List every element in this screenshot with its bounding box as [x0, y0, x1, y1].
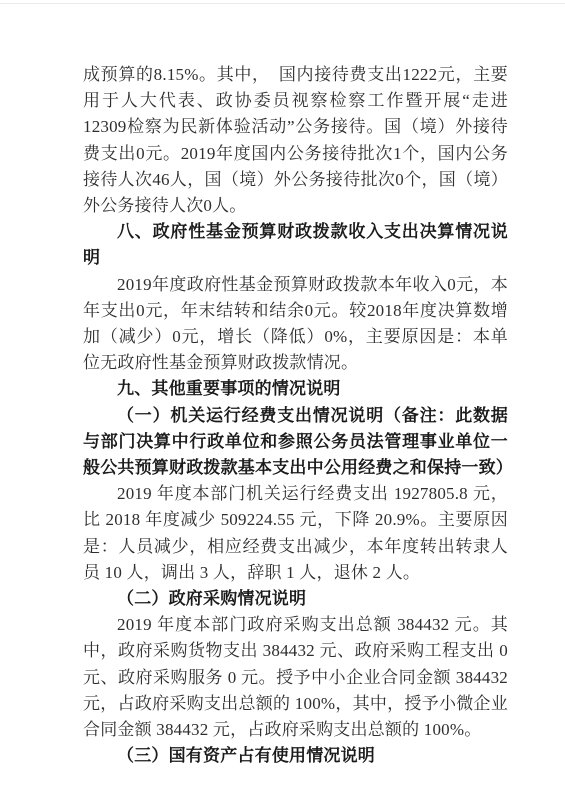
document-content: 成预算的8.15%。其中， 国内接待费支出1222元，主要用于人大代表、政协委员… [83, 62, 508, 769]
paragraph-official-reception: 成预算的8.15%。其中， 国内接待费支出1222元，主要用于人大代表、政协委员… [83, 62, 508, 219]
paragraph-gov-procurement: 2019 年度本部门政府采购支出总额 384432 元。其中，政府采购货物支出 … [83, 612, 508, 743]
heading-section-9-other-important-items: 九、其他重要事项的情况说明 [83, 376, 508, 402]
heading-subsection-3-state-assets: （三）国有资产占有使用情况说明 [83, 743, 508, 769]
paragraph-gov-fund-budget: 2019年度政府性基金预算财政拨款本年收入0元，本年支出0元，年末结转和结余0元… [83, 272, 508, 377]
heading-subsection-1-operating-expenses: （一）机关运行经费支出情况说明（备注：此数据与部门决算中行政单位和参照公务员法管… [83, 403, 508, 482]
heading-section-8-gov-fund-budget: 八、政府性基金预算财政拨款收入支出决算情况说明 [83, 219, 508, 271]
paragraph-operating-expenses: 2019 年度本部门机关运行经费支出 1927805.8 元，比 2018 年度… [83, 481, 508, 586]
heading-subsection-2-gov-procurement: （二）政府采购情况说明 [83, 586, 508, 612]
scan-artifact-line [0, 3, 565, 4]
document-page: 成预算的8.15%。其中， 国内接待费支出1222元，主要用于人大代表、政协委员… [0, 0, 565, 800]
